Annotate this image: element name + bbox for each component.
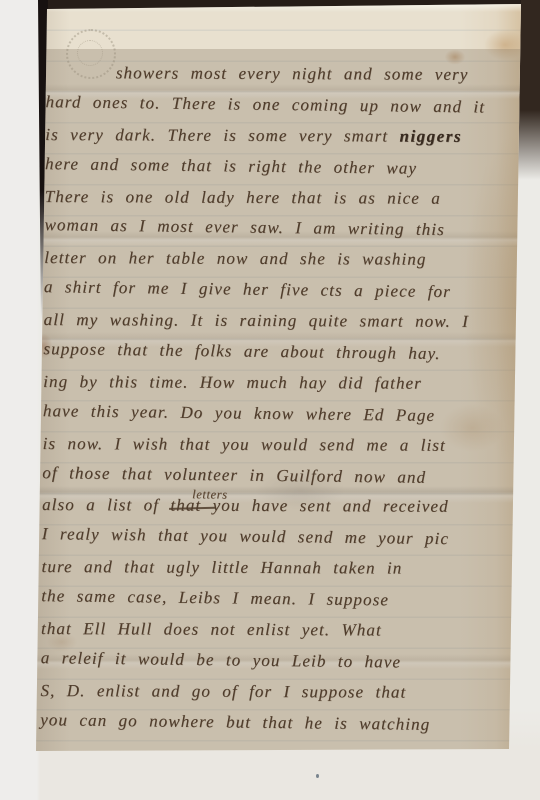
letter-line: here and some that is right the other wa… bbox=[45, 149, 525, 186]
letter-line: of those that volunteer in Guilford now … bbox=[42, 458, 522, 495]
letter-line: letter on her table now and she is washi… bbox=[44, 243, 524, 276]
ink-speck bbox=[316, 774, 319, 778]
scan-shadow-right bbox=[518, 0, 540, 190]
letter-line: showers most every night and some very bbox=[46, 58, 526, 91]
letter-line: woman as I most ever saw. I am writing t… bbox=[44, 211, 524, 248]
letter-line: the same case, Leibs I mean. I suppose bbox=[41, 581, 521, 618]
letter-line: I realy wish that you would send me your… bbox=[42, 520, 522, 557]
letter-line: is very dark. There is some very smart n… bbox=[45, 120, 525, 153]
letter-paper: showers most every night and some veryha… bbox=[0, 0, 540, 800]
letter-line: have this year. Do you know where Ed Pag… bbox=[43, 396, 523, 433]
letter-line: suppose that the folks are about through… bbox=[43, 334, 523, 371]
letter-line: is now. I wish that you would send me a … bbox=[43, 429, 523, 462]
scanned-letter-page: showers most every night and some veryha… bbox=[0, 0, 540, 800]
letter-line: S, D. enlist and go of for I suppose tha… bbox=[40, 676, 520, 709]
letter-line: a releif it would be to you Leib to have bbox=[41, 643, 521, 680]
emphasized-word: niggers bbox=[399, 126, 462, 145]
letter-body: showers most every night and some veryha… bbox=[40, 57, 526, 741]
letter-line: hard ones to. There is one coming up now… bbox=[45, 87, 525, 124]
letter-line: you can go nowhere but that he is watchi… bbox=[40, 705, 520, 742]
letter-line: that Ell Hull does not enlist yet. What bbox=[41, 614, 521, 647]
letter-line: also a list of that you have sent and re… bbox=[42, 490, 522, 523]
letter-line: all my washing. It is raining quite smar… bbox=[44, 305, 524, 338]
letter-line: ture and that ugly little Hannah taken i… bbox=[41, 552, 521, 585]
letter-line: ing by this time. How much hay did fathe… bbox=[43, 367, 523, 400]
letter-line: a shirt for me I give her five cts a pie… bbox=[44, 272, 524, 309]
letter-line: There is one old lady here that is as ni… bbox=[45, 182, 525, 215]
